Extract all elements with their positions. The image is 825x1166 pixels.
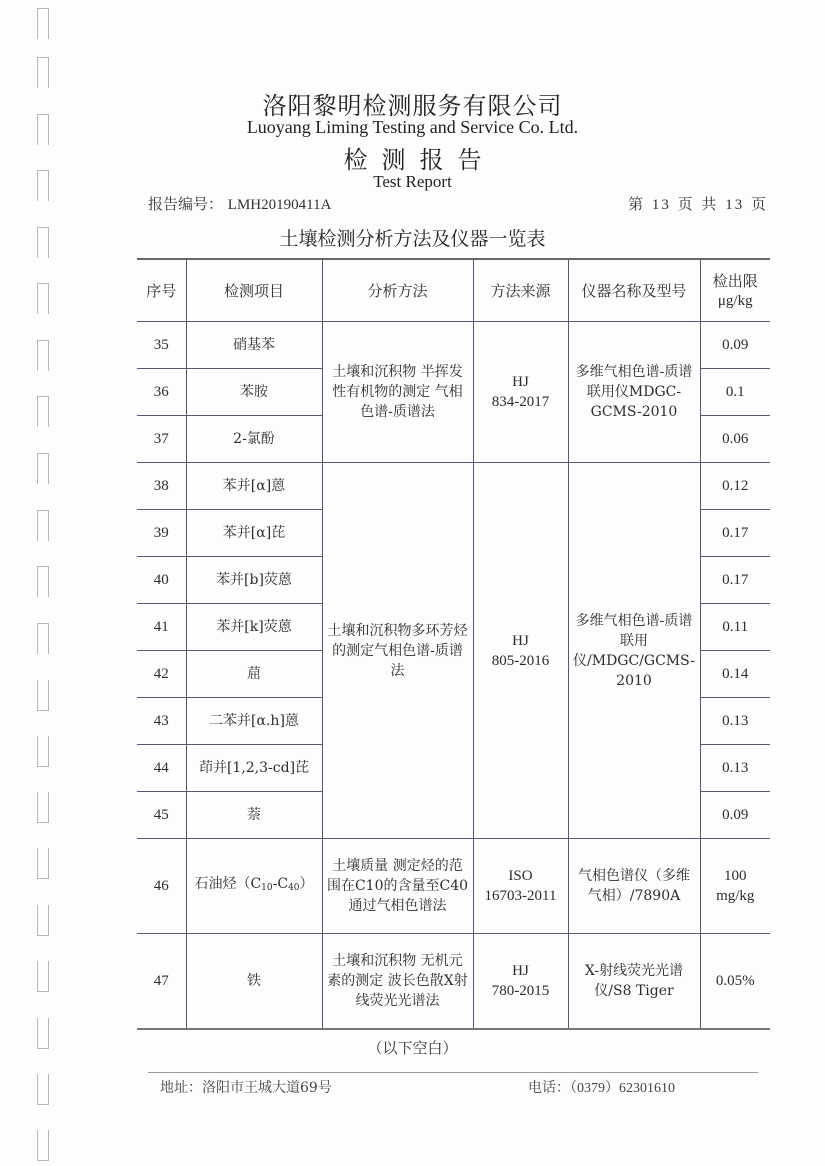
source-code: HJ bbox=[478, 372, 564, 392]
row-source: ISO 16703-2011 bbox=[473, 839, 568, 934]
row-limit: 0.17 bbox=[700, 510, 770, 557]
binding-hole-mark bbox=[37, 8, 49, 39]
binding-hole-mark bbox=[37, 1074, 49, 1105]
row-source: HJ 805-2016 bbox=[473, 463, 568, 839]
report-number-value: LMH20190411A bbox=[228, 197, 332, 213]
col-header-method: 分析方法 bbox=[322, 259, 473, 322]
row-limit: 0.11 bbox=[700, 604, 770, 651]
table-row: 46 石油烃（C10-C40） 土壤质量 测定烃的范围在C10的含量至C40通过… bbox=[137, 839, 770, 934]
report-title-cn: 检测报告 bbox=[0, 140, 825, 175]
binding-hole-mark bbox=[37, 680, 49, 711]
binding-hole-mark bbox=[37, 905, 49, 936]
binding-hole-mark bbox=[37, 848, 49, 879]
binding-hole-mark bbox=[37, 792, 49, 823]
col-header-no: 序号 bbox=[137, 259, 186, 322]
row-limit: 0.14 bbox=[700, 651, 770, 698]
binding-hole-mark bbox=[37, 283, 49, 314]
company-name-cn: 洛阳黎明检测服务有限公司 bbox=[0, 86, 825, 121]
page-prefix: 第 bbox=[628, 195, 645, 213]
binding-hole-mark bbox=[37, 453, 49, 484]
row-no: 38 bbox=[137, 463, 186, 510]
row-item: 䓛 bbox=[186, 651, 322, 698]
item-prefix: 石油烃（C bbox=[194, 876, 261, 892]
col-header-source: 方法来源 bbox=[473, 259, 568, 322]
row-item: 苯并[k]荧蒽 bbox=[186, 604, 322, 651]
col-header-instrument: 仪器名称及型号 bbox=[568, 259, 700, 322]
footer-address: 地址：洛阳市王城大道69号 bbox=[160, 1077, 332, 1097]
row-item: 苯并[α]芘 bbox=[186, 510, 322, 557]
binding-hole-mark bbox=[37, 566, 49, 597]
source-number: 780-2015 bbox=[478, 981, 564, 1001]
row-method: 土壤和沉积物多环芳烃的测定气相色谱-质谱法 bbox=[322, 463, 473, 839]
row-instrument: 多维气相色谱-质谱联用仪MDGC-GCMS-2010 bbox=[568, 322, 700, 463]
address-label: 地址： bbox=[160, 1080, 202, 1096]
blank-below-note: （以下空白） bbox=[0, 1037, 825, 1058]
address-value: 洛阳市王城大道69号 bbox=[202, 1080, 332, 1096]
row-no: 41 bbox=[137, 604, 186, 651]
methods-instruments-table: 序号 检测项目 分析方法 方法来源 仪器名称及型号 检出限 μg/kg 35 硝… bbox=[137, 258, 770, 1030]
row-item: 二苯并[α.h]蒽 bbox=[186, 698, 322, 745]
phone-value: （0379）62301610 bbox=[570, 1081, 675, 1096]
binding-hole-mark bbox=[37, 57, 49, 88]
source-code: ISO bbox=[478, 866, 564, 886]
row-method: 土壤和沉积物 无机元素的测定 波长色散X射线荧光光谱法 bbox=[322, 934, 473, 1029]
item-subscript: 10 bbox=[261, 883, 272, 893]
company-name-en: Luoyang Liming Testing and Service Co. L… bbox=[0, 117, 825, 138]
row-no: 42 bbox=[137, 651, 186, 698]
row-instrument: 气相色谱仪（多维气相）/7890A bbox=[568, 839, 700, 934]
table-title: 土壤检测分析方法及仪器一览表 bbox=[0, 224, 825, 251]
row-no: 44 bbox=[137, 745, 186, 792]
row-no: 47 bbox=[137, 934, 186, 1029]
row-item: 苯并[b]荧蒽 bbox=[186, 557, 322, 604]
row-limit: 0.09 bbox=[700, 322, 770, 369]
limit-unit: mg/kg bbox=[705, 886, 767, 906]
row-no: 43 bbox=[137, 698, 186, 745]
report-title-en: Test Report bbox=[0, 172, 825, 192]
row-no: 36 bbox=[137, 369, 186, 416]
row-method: 土壤和沉积物 半挥发性有机物的测定 气相色谱-质谱法 bbox=[322, 322, 473, 463]
row-limit: 0.1 bbox=[700, 369, 770, 416]
row-limit: 100 mg/kg bbox=[700, 839, 770, 934]
row-method: 土壤质量 测定烃的范围在C10的含量至C40通过气相色谱法 bbox=[322, 839, 473, 934]
table-header-row: 序号 检测项目 分析方法 方法来源 仪器名称及型号 检出限 μg/kg bbox=[137, 259, 770, 322]
report-number: 报告编号： LMH20190411A bbox=[148, 193, 331, 214]
row-no: 39 bbox=[137, 510, 186, 557]
row-item: 苯并[α]蒽 bbox=[186, 463, 322, 510]
binding-hole-mark bbox=[37, 961, 49, 992]
row-no: 40 bbox=[137, 557, 186, 604]
row-item: 铁 bbox=[186, 934, 322, 1029]
report-meta: 报告编号： LMH20190411A 第 13 页 共 13 页 bbox=[148, 193, 768, 215]
row-no: 45 bbox=[137, 792, 186, 839]
page-current: 13 bbox=[652, 197, 671, 213]
row-source: HJ 834-2017 bbox=[473, 322, 568, 463]
row-item: 石油烃（C10-C40） bbox=[186, 839, 322, 934]
footer-divider bbox=[148, 1072, 758, 1073]
row-limit: 0.13 bbox=[700, 698, 770, 745]
limit-header-unit: μg/kg bbox=[705, 291, 767, 311]
binding-hole-mark bbox=[37, 510, 49, 541]
row-limit: 0.09 bbox=[700, 792, 770, 839]
phone-label: 电话： bbox=[528, 1080, 570, 1096]
row-no: 35 bbox=[137, 322, 186, 369]
binding-hole-mark bbox=[37, 736, 49, 767]
row-item: 萘 bbox=[186, 792, 322, 839]
page-indicator: 第 13 页 共 13 页 bbox=[628, 193, 768, 214]
footer-phone: 电话：（0379）62301610 bbox=[528, 1077, 675, 1097]
row-limit: 0.13 bbox=[700, 745, 770, 792]
table-row: 38 苯并[α]蒽 土壤和沉积物多环芳烃的测定气相色谱-质谱法 HJ 805-2… bbox=[137, 463, 770, 510]
row-item: 苯胺 bbox=[186, 369, 322, 416]
row-no: 46 bbox=[137, 839, 186, 934]
binding-hole-mark bbox=[37, 1130, 49, 1161]
col-header-limit: 检出限 μg/kg bbox=[700, 259, 770, 322]
limit-value: 100 bbox=[705, 866, 767, 886]
item-suffix: ） bbox=[300, 876, 314, 892]
row-limit: 0.17 bbox=[700, 557, 770, 604]
binding-hole-mark bbox=[37, 623, 49, 654]
source-code: HJ bbox=[478, 631, 564, 651]
row-limit: 0.06 bbox=[700, 416, 770, 463]
source-number: 805-2016 bbox=[478, 651, 564, 671]
report-number-label: 报告编号： bbox=[148, 195, 223, 213]
row-limit: 0.12 bbox=[700, 463, 770, 510]
item-mid: -C bbox=[273, 876, 288, 892]
row-item: 茚并[1,2,3-cd]芘 bbox=[186, 745, 322, 792]
table-row: 35 硝基苯 土壤和沉积物 半挥发性有机物的测定 气相色谱-质谱法 HJ 834… bbox=[137, 322, 770, 369]
source-code: HJ bbox=[478, 961, 564, 981]
limit-header-label: 检出限 bbox=[705, 271, 767, 291]
row-limit: 0.05% bbox=[700, 934, 770, 1029]
row-item: 2-氯酚 bbox=[186, 416, 322, 463]
page-total: 13 bbox=[725, 197, 744, 213]
row-instrument: 多维气相色谱-质谱联用仪/MDGC/GCMS-2010 bbox=[568, 463, 700, 839]
col-header-item: 检测项目 bbox=[186, 259, 322, 322]
source-number: 834-2017 bbox=[478, 392, 564, 412]
binding-hole-mark bbox=[37, 396, 49, 427]
row-instrument: X-射线荧光光谱仪/S8 Tiger bbox=[568, 934, 700, 1029]
table-row: 47 铁 土壤和沉积物 无机元素的测定 波长色散X射线荧光光谱法 HJ 780-… bbox=[137, 934, 770, 1029]
row-no: 37 bbox=[137, 416, 186, 463]
row-source: HJ 780-2015 bbox=[473, 934, 568, 1029]
binding-hole-mark bbox=[37, 340, 49, 371]
row-item: 硝基苯 bbox=[186, 322, 322, 369]
page-mid: 页 共 bbox=[678, 195, 719, 213]
page-suffix: 页 bbox=[751, 195, 768, 213]
source-number: 16703-2011 bbox=[478, 886, 564, 906]
item-subscript: 40 bbox=[288, 883, 299, 893]
